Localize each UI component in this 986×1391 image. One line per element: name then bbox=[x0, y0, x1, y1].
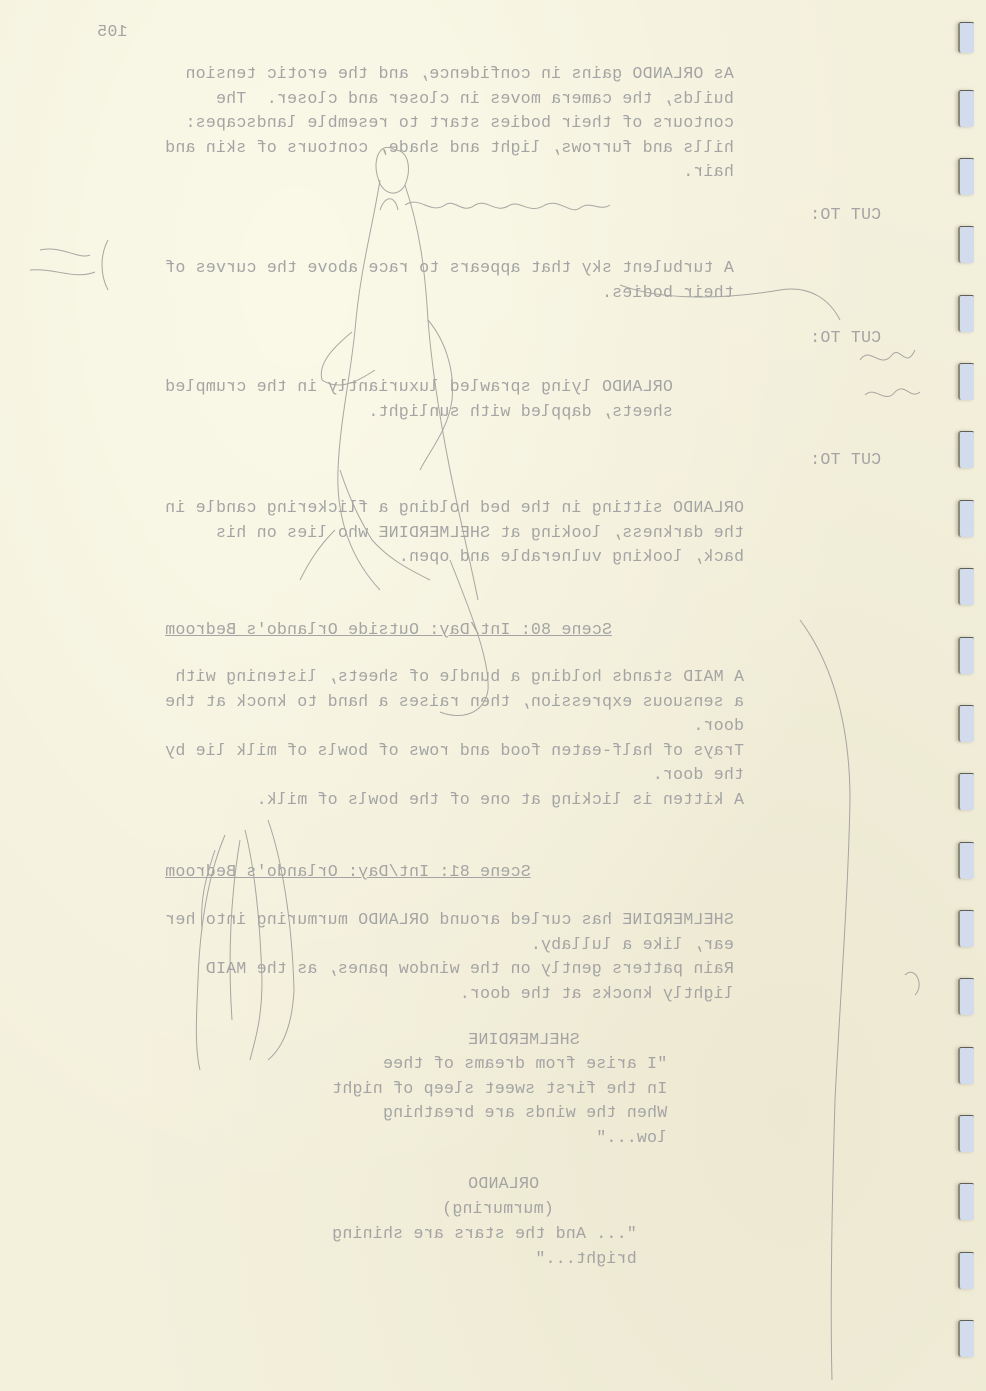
action-block-5: A MAID stands holding a bundle of sheets… bbox=[165, 665, 744, 812]
binding-hole bbox=[958, 1047, 974, 1084]
line: hills and furrows, light and shade, cont… bbox=[165, 138, 734, 157]
line: the door. bbox=[653, 765, 744, 784]
binding-hole bbox=[958, 1252, 974, 1289]
action-block-2: A turbulent sky that appears to race abo… bbox=[165, 256, 734, 305]
dialogue-orlando: "... And the stars are shining bright...… bbox=[332, 1222, 637, 1271]
line: a sensuous expression, then raises a han… bbox=[165, 692, 744, 711]
line: lightly knocks at the door. bbox=[460, 984, 734, 1003]
line: low..." bbox=[596, 1128, 667, 1147]
line: sheets, dappled with sunlight. bbox=[368, 402, 673, 421]
dialogue-shelmerdine: "I arise from dreams of thee In the firs… bbox=[332, 1052, 667, 1150]
character-orlando: ORLANDO bbox=[468, 1172, 539, 1197]
binding-hole bbox=[958, 1320, 974, 1357]
line: In the first sweet sleep of night bbox=[332, 1079, 667, 1098]
binding-hole bbox=[958, 978, 974, 1015]
binding-hole bbox=[958, 90, 974, 127]
line: A turbulent sky that appears to race abo… bbox=[165, 258, 734, 277]
scene-heading-81: Scene 81: Int/Day: Orlando's Bedroom bbox=[165, 860, 531, 885]
binding-hole bbox=[958, 842, 974, 879]
binding-hole bbox=[958, 226, 974, 263]
action-block-1: As ORLANDO gains in confidence, and the … bbox=[165, 62, 734, 185]
line: door. bbox=[693, 716, 744, 735]
binding-hole bbox=[958, 910, 974, 947]
action-block-6: SHELMERDINE has curled around ORLANDO mu… bbox=[165, 908, 734, 1006]
transition-cut-to: CUT TO: bbox=[810, 203, 881, 228]
action-block-3: ORLANDO lying sprawled luxuriantly in th… bbox=[165, 375, 673, 424]
line: builds, the camera moves in closer and c… bbox=[216, 89, 734, 108]
page-number: 105 bbox=[97, 20, 127, 45]
mirrored-text-layer: 105 As ORLANDO gains in confidence, and … bbox=[0, 0, 986, 1391]
binding-hole bbox=[958, 295, 974, 332]
binding-hole bbox=[958, 500, 974, 537]
binding-hole bbox=[958, 773, 974, 810]
binding-hole bbox=[958, 1115, 974, 1152]
line: SHELMERDINE has curled around ORLANDO mu… bbox=[165, 910, 734, 929]
line: Trays of half-eaten food and rows of bow… bbox=[165, 741, 744, 760]
binding-hole bbox=[958, 158, 974, 195]
line: hair. bbox=[683, 162, 734, 181]
line: bright..." bbox=[535, 1249, 637, 1268]
binding-hole bbox=[958, 1183, 974, 1220]
line: contours of their bodies start to resemb… bbox=[185, 113, 734, 132]
binding-hole bbox=[958, 568, 974, 605]
binding-hole bbox=[958, 22, 974, 53]
line: ear, like a lullaby. bbox=[531, 935, 734, 954]
parenthetical: (murmuring) bbox=[442, 1197, 554, 1222]
transition-cut-to: CUT TO: bbox=[810, 326, 881, 351]
action-block-4: ORLANDO sitting in the bed holding a fli… bbox=[165, 496, 744, 570]
line: back, looking vulnerable and open. bbox=[399, 547, 744, 566]
line: As ORLANDO gains in confidence, and the … bbox=[185, 64, 734, 83]
line: "... And the stars are shining bbox=[332, 1224, 637, 1243]
binding-hole bbox=[958, 637, 974, 674]
binding-hole bbox=[958, 705, 974, 742]
line: ORLANDO lying sprawled luxuriantly in th… bbox=[165, 377, 673, 396]
line: "I arise from dreams of thee bbox=[383, 1054, 667, 1073]
line: the darkness, looking at SHELMERDINE who… bbox=[216, 523, 744, 542]
line: A kitten is licking at one of the bowls … bbox=[256, 790, 744, 809]
character-shelmerdine: SHELMERDINE bbox=[468, 1028, 580, 1053]
scene-heading-80: Scene 80: Int/Day: Outside Orlando's Bed… bbox=[165, 618, 612, 643]
line: ORLANDO sitting in the bed holding a fli… bbox=[165, 498, 744, 517]
binding-hole bbox=[958, 363, 974, 400]
line: When the winds are breathing bbox=[383, 1103, 667, 1122]
binding-hole bbox=[958, 431, 974, 468]
transition-cut-to: CUT TO: bbox=[810, 448, 881, 473]
script-page: 105 As ORLANDO gains in confidence, and … bbox=[0, 0, 986, 1391]
line: A MAID stands holding a bundle of sheets… bbox=[175, 667, 744, 686]
line: their bodies. bbox=[602, 283, 734, 302]
line: Rain patters gently on the window panes,… bbox=[206, 959, 734, 978]
